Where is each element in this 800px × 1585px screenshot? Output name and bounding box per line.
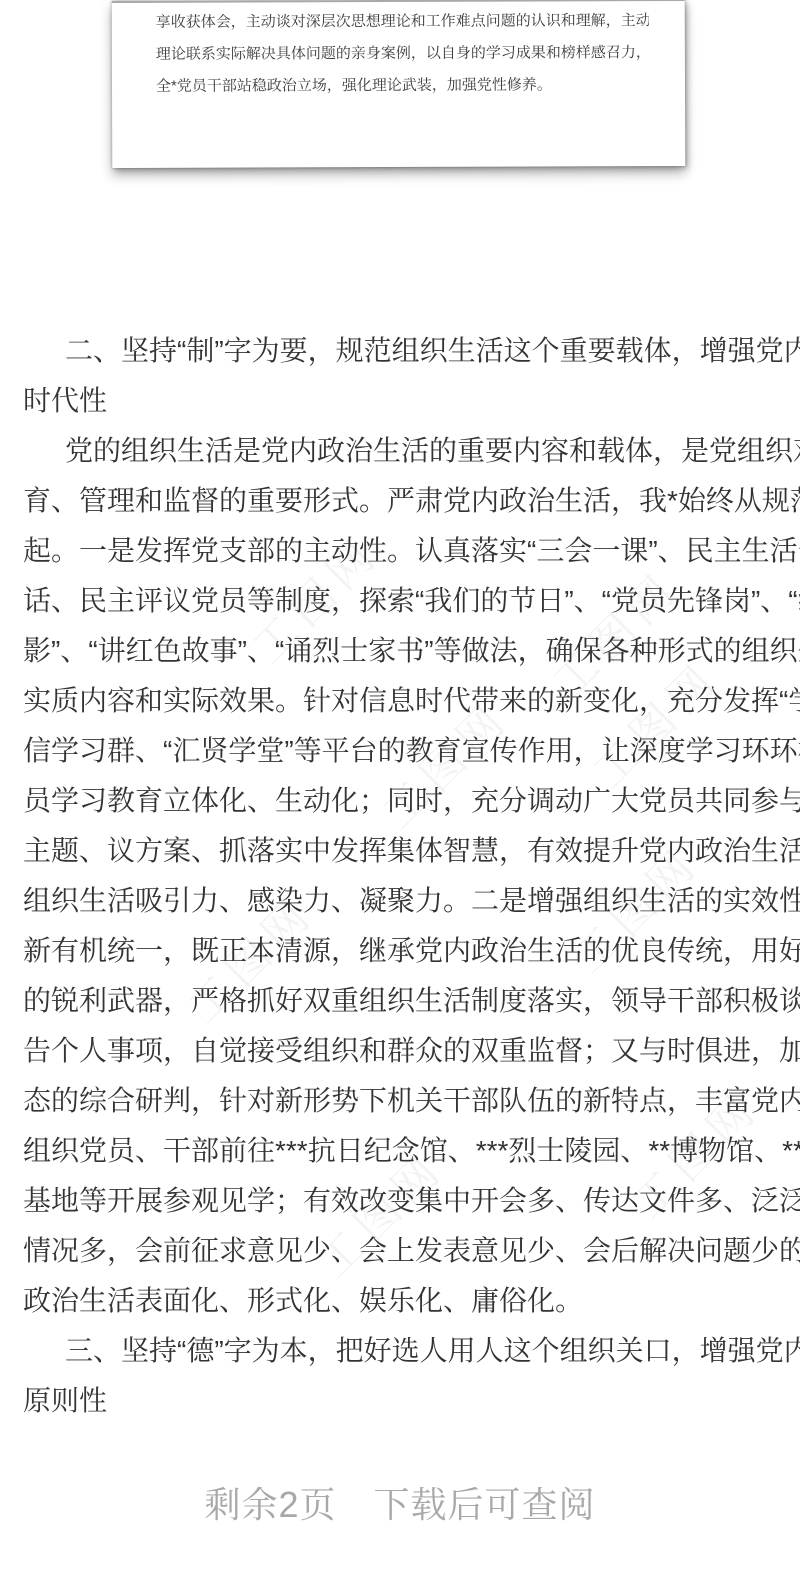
- text-line: 全*党员干部站稳政治立场，强化理论武装，加强党性修养。: [156, 69, 649, 103]
- text-line: 基地等开展参观见学；有效改变集中开会多、传达文件多、泛泛而谈多、讲面上: [23, 1176, 783, 1226]
- text-line: 告个人事项，自觉接受组织和群众的双重监督；又与时俱进，加强对党员思想动: [23, 1026, 783, 1076]
- preview-card-lines: 享收获体会，主动谈对深层次思想理论和工作难点问题的认识和理解，主动阐述理论联系实…: [112, 1, 685, 103]
- document-preview-page-card: 享收获体会，主动谈对深层次思想理论和工作难点问题的认识和理解，主动阐述理论联系实…: [112, 0, 686, 168]
- text-line: 实质内容和实际效果。针对信息时代带来的新变化，充分发挥“学习强国”、微: [23, 676, 783, 726]
- text-line: 信学习群、“汇贤学堂”等平台的教育宣传作用，让深度学习环环相扣，实现党: [23, 726, 783, 776]
- text-line: 理论联系实际解决具体问题的亲身案例，以自身的学习成果和榜样感召力，帮助: [156, 37, 649, 71]
- text-line: 的锐利武器，严格抓好双重组织生活制度落实，领导干部积极谈心交心，主动报: [23, 976, 783, 1026]
- text-line: 原则性: [23, 1376, 783, 1426]
- text-line: 享收获体会，主动谈对深层次思想理论和工作难点问题的认识和理解，主动阐述: [156, 5, 649, 39]
- text-line: 党的组织生活是党内政治生活的重要内容和载体，是党组织对党员进行教: [23, 426, 783, 476]
- text-line: 三、坚持“德”字为本，把好选人用人这个组织关口，增强党内政治生活的: [23, 1326, 783, 1376]
- text-line: 情况多，会前征求意见少、会上发表意见少、会后解决问题少的局面，避免党内: [23, 1226, 783, 1276]
- text-line: 新有机统一，既正本清源，继承党内政治生活的优良传统，用好批评与自我批评: [23, 926, 783, 976]
- text-line: 员学习教育立体化、生动化；同时，充分调动广大党员共同参与，在出主意、定: [23, 776, 783, 826]
- text-line: 育、管理和监督的重要形式。严肃党内政治生活，我*始终从规范党的组织生活抓: [23, 476, 783, 526]
- text-line: 态的综合研判，针对新形势下机关干部队伍的新特点，丰富党内政治生活内容，: [23, 1076, 783, 1126]
- text-line: 起。一是发挥党支部的主动性。认真落实“三会一课”、民主生活会和谈心谈: [23, 526, 783, 576]
- text-line: 影”、“讲红色故事”、“诵烈士家书”等做法，确保各种形式的组织生活都有: [23, 626, 783, 676]
- text-line: 二、坚持“制”字为要，规范组织生活这个重要载体，增强党内政治生活的: [23, 326, 783, 376]
- text-line: 话、民主评议党员等制度，探索“我们的节日”、“党员先锋岗”、“红色观: [23, 576, 783, 626]
- text-line: 组织生活吸引力、感染力、凝聚力。二是增强组织生活的实效性。坚持继承与创: [23, 876, 783, 926]
- page: 享收获体会，主动谈对深层次思想理论和工作难点问题的认识和理解，主动阐述理论联系实…: [0, 0, 800, 1585]
- document-body-text: 二、坚持“制”字为要，规范组织生活这个重要载体，增强党内政治生活的时代性党的组织…: [23, 326, 783, 1426]
- text-line: 主题、议方案、抓落实中发挥集体智慧，有效提升党内政治生活时代气息，增强: [23, 826, 783, 876]
- text-line: 政治生活表面化、形式化、娱乐化、庸俗化。: [23, 1276, 783, 1326]
- text-line: 组织党员、干部前往***抗日纪念馆、***烈士陵园、**博物馆、***、“***…: [23, 1126, 783, 1176]
- text-line: 时代性: [23, 376, 783, 426]
- remaining-pages-notice: 剩余2页 下载后可查阅: [0, 1483, 800, 1527]
